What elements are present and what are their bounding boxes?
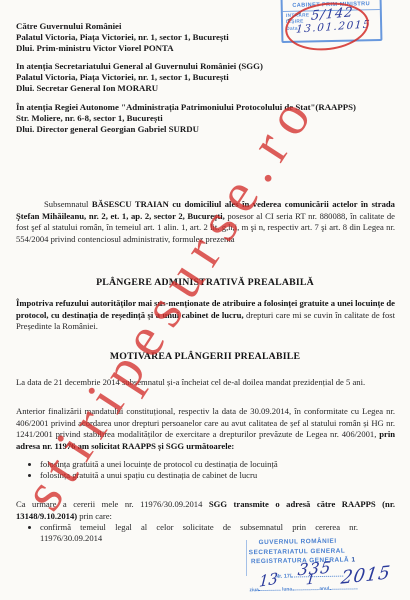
response-after: prin care: <box>77 511 112 521</box>
scanned-document-page: Către Guvernului României Palatul Victor… <box>0 0 410 600</box>
registry-day-label: ziua <box>249 588 258 593</box>
intro-prefix: Subsemnatul <box>44 199 92 209</box>
registry-year-label: anul <box>319 587 329 592</box>
paragraph-mandate-end: La data de 21 decembrie 2014 subsemnatul… <box>16 377 395 389</box>
recipient-line: Dlui. Director general Georgian Gabriel … <box>16 124 396 135</box>
recipient-block-raapps: În atenția Regiei Autonome "Administrați… <box>16 102 396 136</box>
recipient-line: Dlui. Secretar General Ion MORARU <box>16 83 396 94</box>
handwritten-day: 13 <box>258 569 278 591</box>
recipient-line: În atenția Regiei Autonome "Administrați… <box>16 102 396 113</box>
section-title: MOTIVAREA PLÂNGERII PREALABILE <box>0 351 410 362</box>
recipient-block-sgg: In atenția Secretariatului General al Gu… <box>16 61 396 95</box>
handwritten-month: 1 <box>305 571 316 588</box>
recipient-line: In atenția Secretariatului General al Gu… <box>16 61 396 72</box>
recipient-line: Palatul Victoria, Piața Victoriei, nr. 1… <box>16 72 396 83</box>
recipient-line: Str. Moliere, nr. 6-8, sector 1, Bucureș… <box>16 113 396 124</box>
registry-office-number: 1 <box>351 557 355 564</box>
registry-month-label: luna <box>282 587 292 592</box>
